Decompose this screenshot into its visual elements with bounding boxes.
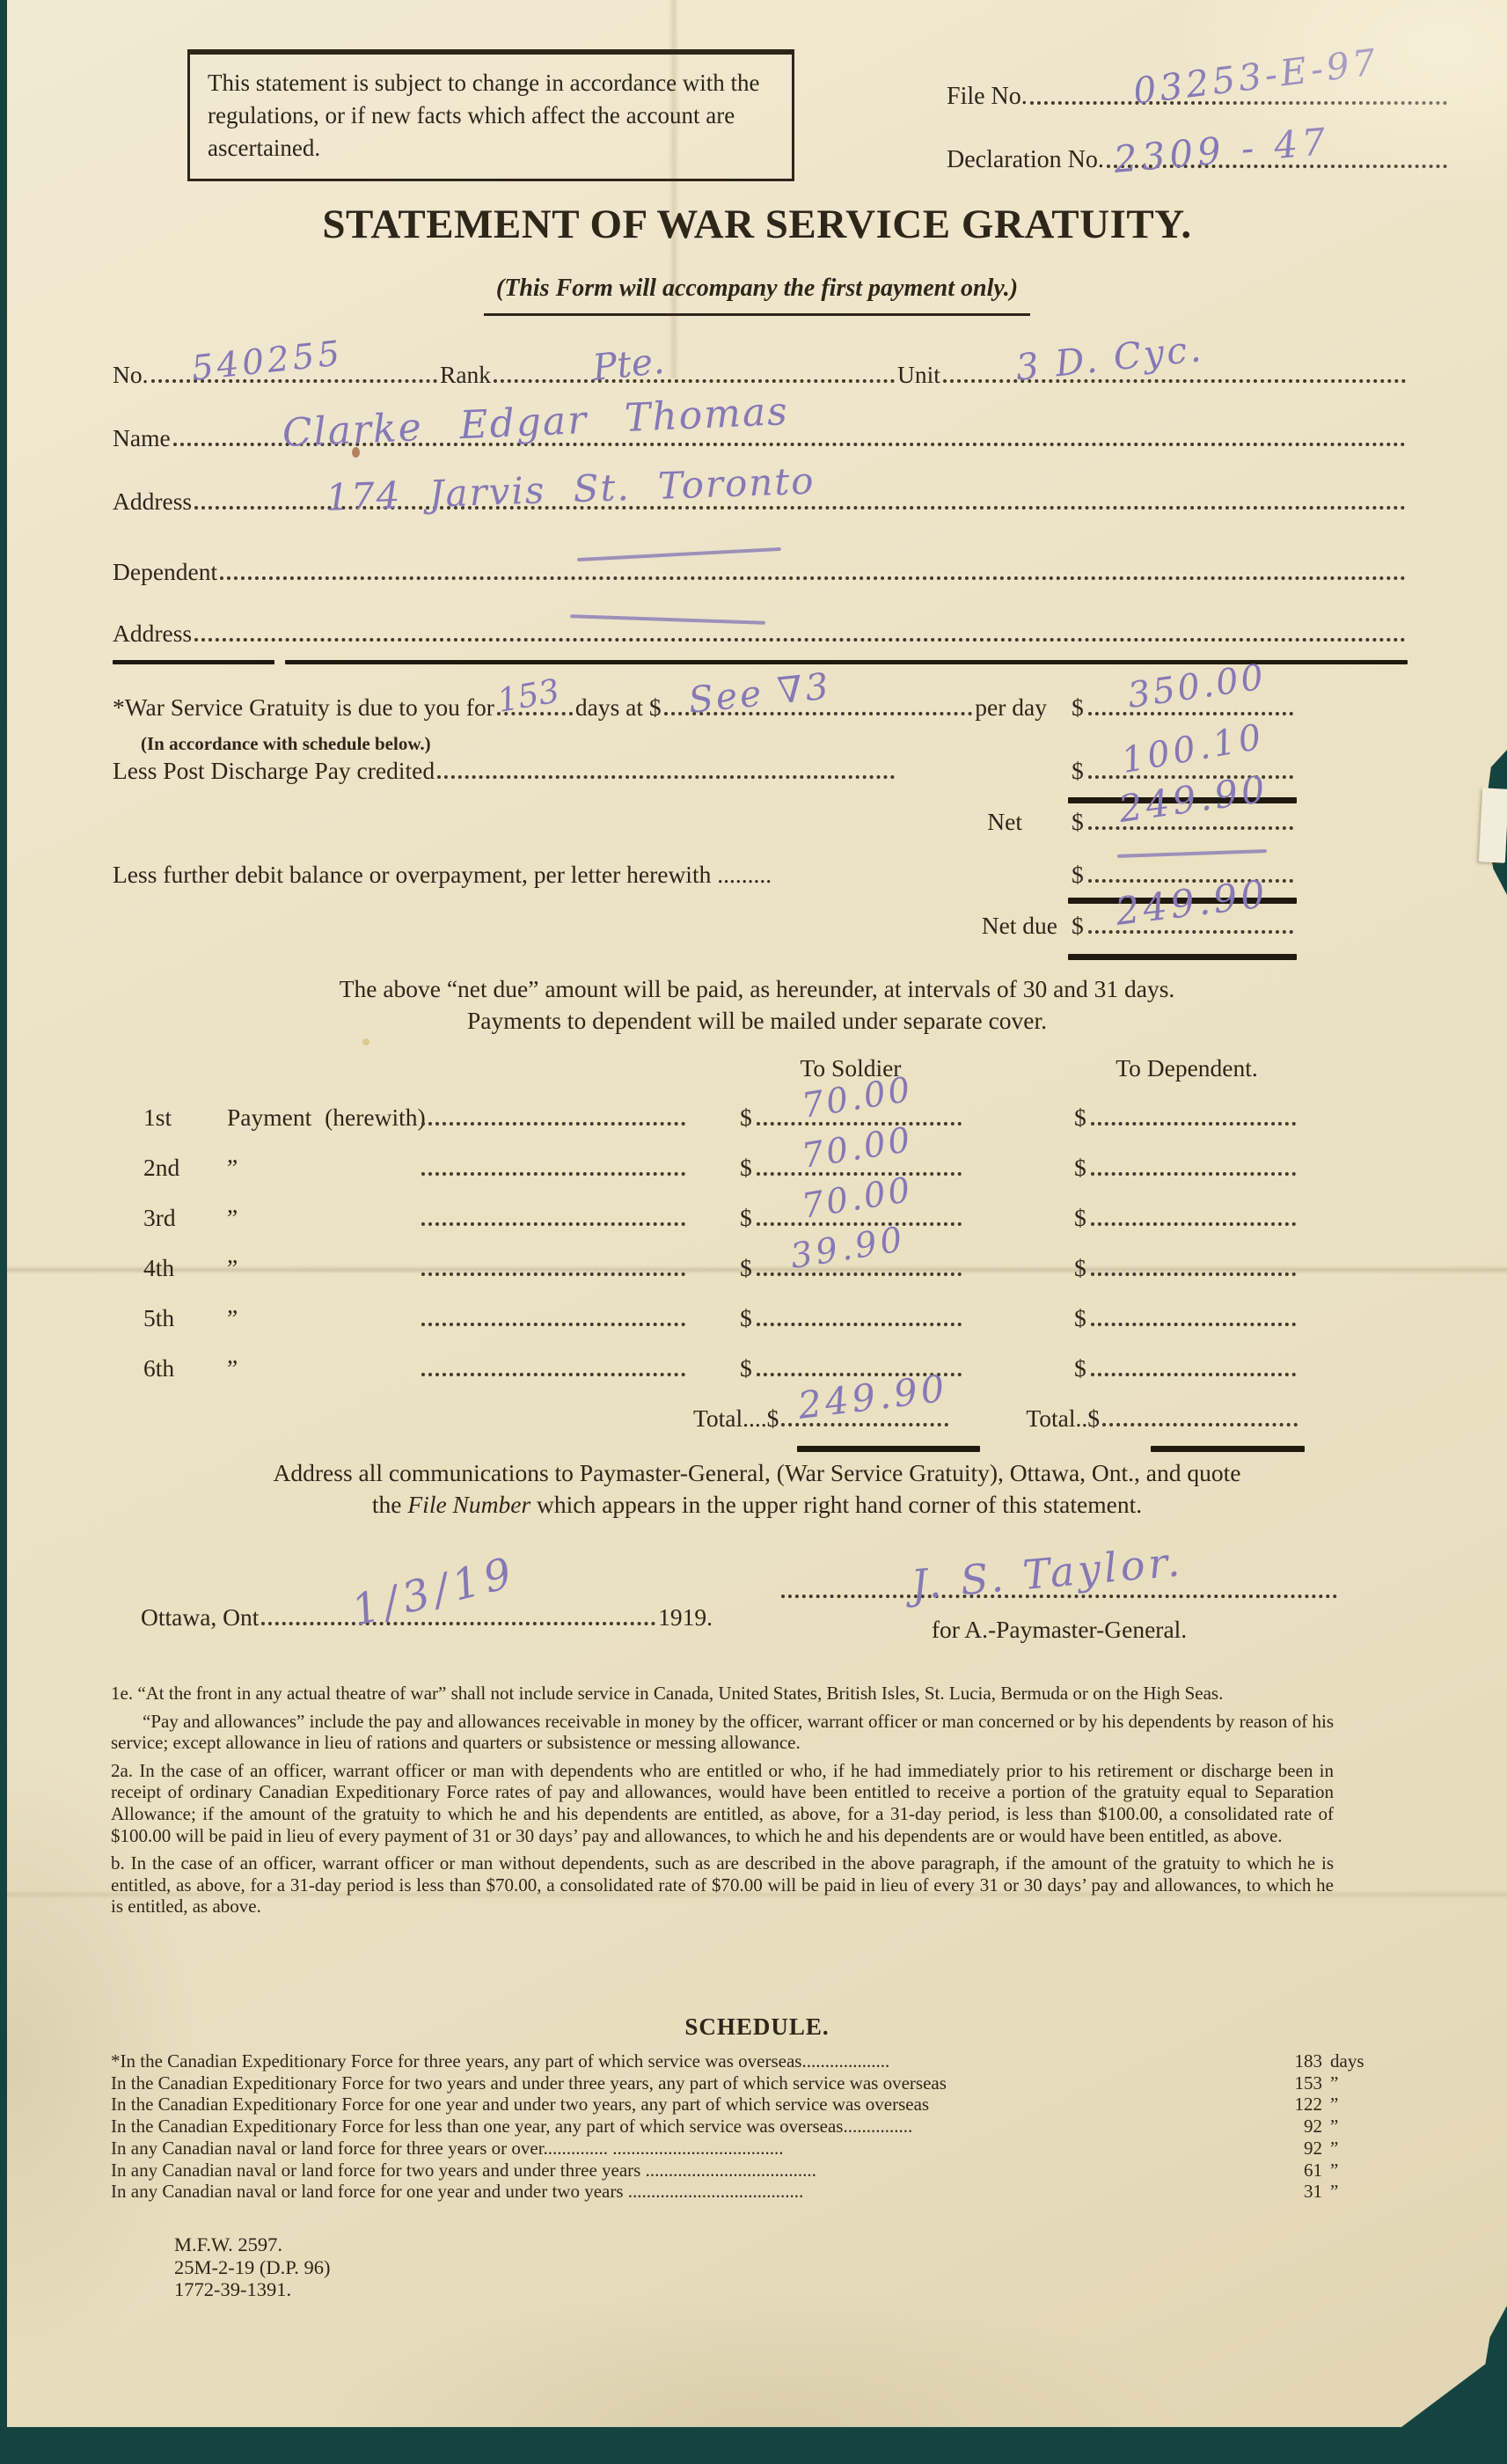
file-number-field: File No. 03253-E-97 [947, 83, 1450, 111]
schedule-row-unit: ” [1322, 2181, 1384, 2203]
ink-rule [1068, 954, 1297, 960]
torn-paper-tab [1479, 788, 1507, 862]
gratuity-due-prefix: *War Service Gratuity is due to you for [113, 693, 494, 722]
gratuity-due-suffix: per day [975, 693, 1047, 722]
schedule-row-days: 92 [1273, 2116, 1322, 2138]
less-further-row: Less further debit balance or overpaymen… [113, 861, 1296, 889]
catalog-code: 1772-39-1391. [174, 2278, 331, 2301]
schedule-row-unit: ” [1322, 2094, 1384, 2116]
schedule-row-text: In any Canadian naval or land force for … [111, 2138, 1273, 2160]
schedule-row-text: In any Canadian naval or land force for … [111, 2160, 1273, 2182]
dollar-sign: $ [1074, 1204, 1086, 1232]
dollar-sign: $ [1072, 808, 1084, 836]
schedule-note: (In accordance with schedule below.) [141, 733, 431, 755]
net-due-label: Net due [982, 912, 1057, 940]
schedule-row: In the Canadian Expeditionary Force for … [111, 2094, 1384, 2116]
footnote-2a: 2a. In the case of an officer, warrant o… [111, 1760, 1334, 1846]
dotted-line: 174 Jarvis St. Toronto [194, 506, 1406, 510]
dotted-line: 39.90 [757, 1272, 962, 1276]
name-field: Name Clarke Edgar Thomas [113, 424, 1408, 452]
net-due-amount-field: $ 249.90 [1072, 912, 1296, 940]
dollar-sign: $ [1074, 1254, 1086, 1282]
dollar-sign: $ [1074, 1104, 1086, 1132]
payment-ordinal: 3rd [143, 1204, 227, 1232]
file-number-label: File No. [947, 83, 1028, 111]
dollar-sign: $ [740, 1304, 752, 1332]
dollar-sign: $ [1072, 861, 1084, 889]
soldier-amount-field: $39.90 [740, 1254, 964, 1282]
gross-amount-field: $ 350.00 [1072, 693, 1296, 722]
for-paymaster-general-label: for A.-Paymaster-General. [781, 1616, 1337, 1644]
communications-note-line1: Address all communications to Paymaster-… [7, 1459, 1507, 1487]
notice-box: This statement is subject to change in a… [187, 49, 794, 181]
dependent-amount-field: $ [1074, 1154, 1299, 1182]
dotted-line [421, 1172, 685, 1176]
service-number-handwritten-value: 540255 [189, 336, 344, 386]
payment-ordinal: 5th [143, 1304, 227, 1332]
footnotes-block: 1e. “At the front in any actual theatre … [111, 1683, 1334, 1924]
schedule-row-days: 31 [1273, 2181, 1322, 2203]
schedule-row-text: In the Canadian Expeditionary Force for … [111, 2116, 1273, 2138]
payment-row-2: 2nd ” $70.00 $ [143, 1154, 1301, 1182]
service-number-field: No. 540255 [113, 361, 440, 389]
schedule-row-days: 153 [1273, 2072, 1322, 2094]
net-due-row: Net due $ 249.90 [113, 912, 1296, 940]
schedule-table: *In the Canadian Expeditionary Force for… [111, 2050, 1384, 2203]
payment-row-1: 1st Payment (herewith) $70.00 $ [143, 1104, 1301, 1132]
soldier-amount-field: $ [740, 1304, 964, 1332]
schedule-row-unit: ” [1322, 2138, 1384, 2160]
name-handwritten-value: Clarke Edgar Thomas [282, 392, 789, 453]
dependent-column-header: To Dependent. [1073, 1054, 1300, 1082]
payment-word: Payment (herewith) [227, 1104, 419, 1132]
dotted-line [1091, 1122, 1296, 1126]
unit-label: Unit [897, 361, 940, 389]
dotted-line [1091, 1323, 1296, 1326]
dotted-line: 350.00 [1088, 712, 1293, 715]
dotted-line: 2309 - 47 [1107, 165, 1447, 168]
payment-ditto: ” [227, 1204, 419, 1232]
schedule-row-unit: ” [1322, 2072, 1384, 2094]
rank-field: Rank Pte. [440, 361, 897, 389]
payment-ditto: ” [227, 1304, 419, 1332]
dotted-line [220, 576, 1406, 580]
dotted-line [194, 638, 1406, 642]
address-label: Address [113, 488, 192, 516]
schedule-row-days: 122 [1273, 2094, 1322, 2116]
name-label: Name [113, 424, 171, 452]
schedule-row-text: In the Canadian Expeditionary Force for … [111, 2094, 1273, 2116]
payment-intro-line2: Payments to dependent will be mailed und… [7, 1007, 1507, 1035]
net-label: Net [987, 808, 1022, 836]
schedule-row-text: *In the Canadian Expeditionary Force for… [111, 2050, 1273, 2072]
schedule-row: In any Canadian naval or land force for … [111, 2138, 1384, 2160]
dotted-line [421, 1323, 685, 1326]
schedule-row-unit: ” [1322, 2160, 1384, 2182]
address-field: Address 174 Jarvis St. Toronto [113, 488, 1408, 516]
dependent-amount-field: $ [1074, 1104, 1299, 1132]
dollar-sign: $ [1072, 912, 1084, 940]
dotted-line: Pte. [494, 379, 895, 383]
dependent-label: Dependent [113, 558, 217, 586]
form-paper: This statement is subject to change in a… [7, 0, 1507, 2427]
schedule-row: *In the Canadian Expeditionary Force for… [111, 2050, 1384, 2072]
dollar-sign: $ [740, 1154, 752, 1182]
schedule-row: In the Canadian Expeditionary Force for … [111, 2072, 1384, 2094]
schedule-row-unit: days [1322, 2050, 1384, 2072]
dotted-line [421, 1373, 685, 1376]
dotted-line [1091, 1272, 1296, 1276]
net-amount-field: $ 249.90 [1072, 808, 1296, 836]
schedule-row: In the Canadian Expeditionary Force for … [111, 2116, 1384, 2138]
dotted-line: 70.00 [757, 1122, 962, 1126]
dotted-line: See ∇3 [664, 712, 973, 715]
payment-ordinal: 4th [143, 1254, 227, 1282]
dependent-address-label: Address [113, 620, 192, 648]
payment-ditto: ” [227, 1254, 419, 1282]
gratuity-due-row: *War Service Gratuity is due to you for … [113, 693, 1296, 722]
dollar-sign: $ [1072, 757, 1084, 785]
dollar-sign: $ [740, 1104, 752, 1132]
dependent-amount-field: $ [1074, 1304, 1299, 1332]
schedule-row: In any Canadian naval or land force for … [111, 2160, 1384, 2182]
declaration-number-label: Declaration No. [947, 146, 1104, 174]
signature-field: J. S. Taylor. [781, 1547, 1337, 1598]
dotted-line [421, 1222, 685, 1226]
gross-amount-handwritten-value: 350.00 [1125, 659, 1268, 714]
schedule-row-text: In the Canadian Expeditionary Force for … [111, 2072, 1273, 2094]
address-handwritten-value: 174 Jarvis St. Toronto [326, 462, 816, 516]
net-row: Net $ 249.90 [113, 808, 1296, 836]
payment-row-6: 6th ” $ $ [143, 1354, 1301, 1382]
total-soldier-label: Total....$ [693, 1404, 779, 1433]
schedule-row-days: 92 [1273, 2138, 1322, 2160]
payment-intro-line1: The above “net due” amount will be paid,… [7, 975, 1507, 1003]
payment-ordinal: 2nd [143, 1154, 227, 1182]
dotted-line [437, 775, 895, 779]
payment-ditto: ” [227, 1354, 419, 1382]
form-footer: M.F.W. 2597. 25M-2-19 (D.P. 96) 1772-39-… [174, 2233, 331, 2301]
schedule-row-unit: ” [1322, 2116, 1384, 2138]
section-rule [113, 660, 274, 664]
torn-corner [1401, 2348, 1507, 2427]
dateline-place-label: Ottawa, Ont [141, 1603, 259, 1632]
schedule-row-text: In any Canadian naval or land force for … [111, 2181, 1273, 2203]
dotted-line: Clarke Edgar Thomas [173, 443, 1406, 446]
net-handwritten-underline [1117, 849, 1267, 858]
dotted-line [1091, 1373, 1296, 1376]
rate-handwritten-value: See ∇3 [686, 668, 832, 719]
schedule-row-days: 61 [1273, 2160, 1322, 2182]
dotted-line: 249.90 [781, 1423, 948, 1426]
paper-spot [362, 1038, 369, 1045]
payment-row-5: 5th ” $ $ [143, 1304, 1301, 1332]
page-title: STATEMENT OF WAR SERVICE GRATUITY. [7, 201, 1507, 248]
dotted-line [421, 1122, 685, 1126]
page-subtitle: (This Form will accompany the first paym… [484, 275, 1030, 316]
dollar-sign: $ [1074, 1354, 1086, 1382]
schedule-row: In any Canadian naval or land force for … [111, 2181, 1384, 2203]
dollar-sign: $ [1074, 1154, 1086, 1182]
totals-row: Total....$ 249.90 Total..$ [693, 1404, 1300, 1433]
rank-label: Rank [440, 361, 491, 389]
dotted-line: 3 D. Cyc. [943, 379, 1406, 383]
dateline-field: Ottawa, Ont 1/3/19 1919. [141, 1603, 713, 1632]
payment-ditto: ” [227, 1154, 419, 1182]
dotted-line: 70.00 [757, 1222, 962, 1226]
communications-note-line2: the File Number which appears in the upp… [7, 1491, 1507, 1519]
dotted-line [1091, 1172, 1296, 1176]
communications-note-pre: the [372, 1491, 407, 1518]
page-subtitle-wrap: (This Form will accompany the first paym… [7, 275, 1507, 316]
dependent-amount-field: $ [1074, 1204, 1299, 1232]
footnote-1e: 1e. “At the front in any actual theatre … [111, 1683, 1334, 1705]
dotted-line: 249.90 [1088, 826, 1293, 830]
dollar-sign: $ [740, 1254, 752, 1282]
dollar-sign: $ [1072, 693, 1084, 722]
date-handwritten-value: 1/3/19 [348, 1551, 521, 1632]
dependent-amount-field: $ [1074, 1254, 1299, 1282]
ink-rule [1151, 1446, 1305, 1452]
rank-handwritten-value: Pte. [591, 342, 666, 385]
dotted-line: 153 [497, 712, 573, 715]
communications-note-post: which appears in the upper right hand co… [530, 1491, 1142, 1518]
days-handwritten-value: 153 [494, 674, 561, 717]
dateline-year-label: 1919. [658, 1603, 713, 1632]
dotted-line [1091, 1222, 1296, 1226]
dependent-amount-field: $ [1074, 1354, 1299, 1382]
schedule-row-days: 183 [1273, 2050, 1322, 2072]
dollar-sign: $ [740, 1204, 752, 1232]
dotted-line: 70.00 [757, 1172, 962, 1176]
less-further-label: Less further debit balance or overpaymen… [113, 861, 772, 889]
dependent-field: Dependent [113, 558, 1408, 586]
ink-rule [797, 1446, 980, 1452]
unit-field: Unit 3 D. Cyc. [897, 361, 1408, 389]
dotted-line [421, 1272, 685, 1276]
dotted-line [757, 1323, 962, 1326]
footnote-pay-allowances: “Pay and allowances” include the pay and… [111, 1711, 1334, 1754]
dotted-line: 540255 [151, 379, 438, 383]
payment-row-4: 4th ” $39.90 $ [143, 1254, 1301, 1282]
total-dependent-label: Total..$ [1026, 1404, 1100, 1433]
gratuity-due-mid: days at $ [575, 693, 662, 722]
scanned-document-photo: { "misc": { "dollar": "$" }, "colors": {… [0, 0, 1507, 2464]
dotted-line [1102, 1423, 1298, 1426]
schedule-heading: SCHEDULE. [7, 2013, 1507, 2041]
dotted-line: 03253-E-97 [1030, 101, 1447, 105]
service-number-rank-unit-row: No. 540255 Rank Pte. Unit 3 D. Cyc. [113, 361, 1408, 389]
form-number: M.F.W. 2597. [174, 2233, 331, 2256]
print-run-code: 25M-2-19 (D.P. 96) [174, 2256, 331, 2279]
less-discharge-row: Less Post Discharge Pay credited $ 100.1… [113, 757, 1296, 785]
dollar-sign: $ [1074, 1304, 1086, 1332]
file-number-handwritten-value: 03253-E-97 [1131, 44, 1381, 110]
payment-ordinal: 6th [143, 1354, 227, 1382]
less-discharge-label: Less Post Discharge Pay credited [113, 757, 435, 785]
footnote-b: b. In the case of an officer, warrant of… [111, 1852, 1334, 1918]
dotted-line: 249.90 [1088, 930, 1293, 934]
soldier-amount-field: $70.00 [740, 1104, 964, 1132]
payment-row-3: 3rd ” $70.00 $ [143, 1204, 1301, 1232]
soldier-amount-field: $70.00 [740, 1154, 964, 1182]
dollar-sign: $ [740, 1354, 752, 1382]
file-number-reference: File Number [407, 1491, 530, 1518]
notice-text: This statement is subject to change in a… [208, 70, 760, 161]
dotted-line: 1/3/19 [261, 1622, 655, 1625]
service-number-label: No. [113, 361, 149, 389]
unit-handwritten-value: 3 D. Cyc. [1014, 330, 1205, 385]
declaration-number-handwritten-value: 2309 - 47 [1112, 123, 1331, 179]
declaration-number-field: Declaration No. 2309 - 47 [947, 146, 1450, 174]
payment-ordinal: 1st [143, 1104, 227, 1132]
